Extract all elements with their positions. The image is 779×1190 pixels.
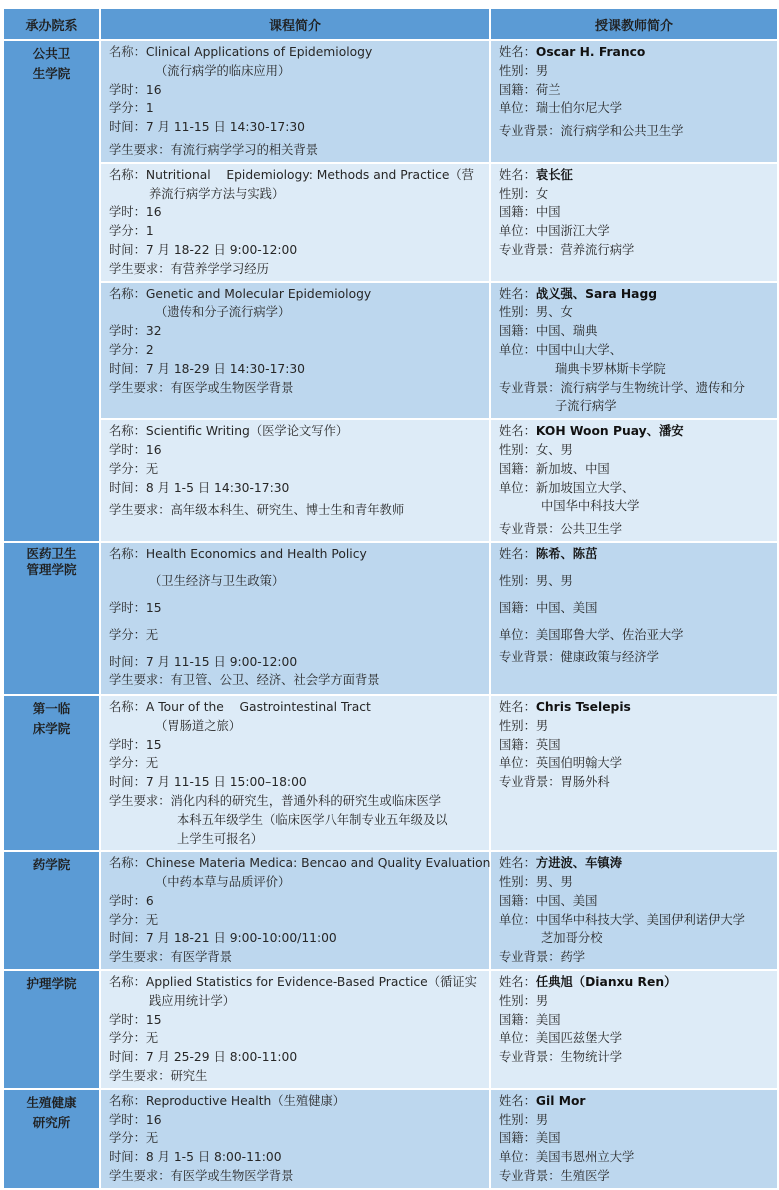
teacher-cell: 姓名：Gil Mor 性别：男 国籍：美国 单位：美国韦恩州立大学 专业背景：生… <box>490 1089 778 1152</box>
course-cell: 名称：Reproductive Health（生殖健康） 学时：16 学分：无 … <box>100 1089 490 1152</box>
label: 学生要求： <box>109 794 171 808</box>
teacher-unit: 英国伯明翰大学 <box>536 756 622 770</box>
course-time: 7 月 18-29 日 14:30-17:30 <box>146 362 305 376</box>
course-requirement: 有营养学学习经历 <box>171 262 269 276</box>
teacher-background: 公共卫生学 <box>561 522 623 536</box>
table-row: 护理学院 名称：Applied Statistics for Evidence-… <box>3 970 778 1089</box>
label: 单位： <box>499 481 536 495</box>
label: 学生要求： <box>109 503 171 517</box>
teacher-cell: 姓名：战义强、Sara Hagg 性别：男、女 国籍：中国、瑞典 单位：中国中山… <box>490 282 778 420</box>
label: 时间： <box>109 931 146 945</box>
course-requirement: 研究生 <box>171 1069 208 1083</box>
course-time: 7 月 18-22 日 9:00-12:00 <box>146 243 297 257</box>
column-header-department: 承办院系 <box>3 8 100 40</box>
course-name: Scientific Writing（医学论文写作） <box>146 424 348 438</box>
course-time: 7 月 18-21 日 9:00-10:00/11:00 <box>146 931 337 945</box>
label: 名称： <box>109 856 146 870</box>
table-row: 生殖健康 研究所 名称：Reproductive Health（生殖健康） 学时… <box>3 1089 778 1152</box>
course-credits: 无 <box>146 756 158 770</box>
label: 国籍： <box>499 1013 536 1027</box>
label: 学分： <box>109 913 146 927</box>
teacher-nationality: 美国 <box>536 1131 561 1145</box>
label: 国籍： <box>499 324 536 338</box>
course-requirement-cont: 本科五年级学生（临床医学八年制专业五年级及以 <box>109 811 481 830</box>
teacher-gender: 男 <box>536 719 548 733</box>
teacher-background: 药学 <box>561 950 586 964</box>
teacher-background: 生物统计学 <box>561 1050 623 1064</box>
teacher-nationality: 英国 <box>536 738 561 752</box>
course-name-cn: （流行病学的临床应用） <box>109 62 481 81</box>
label: 专业背景： <box>499 1050 561 1064</box>
label: 姓名： <box>499 45 536 59</box>
course-cell: 名称：Nutritional Epidemiology: Methods and… <box>100 163 490 282</box>
label: 性别： <box>499 994 536 1008</box>
department-name: 护理学院 <box>4 974 99 994</box>
label: 专业背景： <box>499 775 561 789</box>
department-cell: 药学院 <box>3 851 100 970</box>
label: 学分： <box>109 628 146 642</box>
course-cell: 名称：Health Economics and Health Policy （卫… <box>100 542 490 695</box>
label: 学时： <box>109 1113 146 1127</box>
table-row: 名称：Genetic and Molecular Epidemiology （遗… <box>3 282 778 420</box>
course-credits: 无 <box>146 628 158 642</box>
table-row: 名称：Nutritional Epidemiology: Methods and… <box>3 163 778 282</box>
course-requirement: 有医学背景 <box>171 950 233 964</box>
label: 学时： <box>109 324 146 338</box>
label: 名称： <box>109 168 146 182</box>
course-time: 8 月 1-5 日 14:30-17:30 <box>146 481 289 495</box>
teacher-gender: 女、男 <box>536 443 573 457</box>
teacher-gender: 男、女 <box>536 305 573 319</box>
course-credits: 无 <box>146 913 158 927</box>
teacher-unit: 中国华中科技大学、美国伊利诺伊大学 <box>536 913 745 927</box>
label: 名称： <box>109 424 146 438</box>
course-name: Applied Statistics for Evidence-Based Pr… <box>146 975 477 989</box>
label: 单位： <box>499 628 536 642</box>
course-time: 7 月 11-15 日 14:30-17:30 <box>146 120 305 134</box>
label: 专业背景： <box>499 124 561 138</box>
label: 名称： <box>109 975 146 989</box>
course-cell: 名称：Applied Statistics for Evidence-Based… <box>100 970 490 1089</box>
course-name-cn: （胃肠道之旅） <box>109 717 481 736</box>
course-name: Reproductive Health（生殖健康） <box>146 1094 345 1108</box>
label: 单位： <box>499 1031 536 1045</box>
table-row: 药学院 名称：Chinese Materia Medica: Bencao an… <box>3 851 778 970</box>
course-name-cn: 养流行病学方法与实践） <box>109 185 481 204</box>
teacher-nationality: 新加坡、中国 <box>536 462 610 476</box>
label: 学分： <box>109 462 146 476</box>
course-cell: 名称：Chinese Materia Medica: Bencao and Qu… <box>100 851 490 970</box>
teacher-cell: 姓名：方进波、车镇涛 性别：男、男 国籍：中国、美国 单位：中国华中科技大学、美… <box>490 851 778 970</box>
teacher-cell: 姓名：KOH Woon Puay、潘安 性别：女、男 国籍：新加坡、中国 单位：… <box>490 419 778 542</box>
course-hours: 15 <box>146 601 162 615</box>
course-table: 承办院系 课程简介 授课教师简介 公共卫 生学院 名称：Clinical App… <box>2 7 777 1152</box>
teacher-unit: 美国耶鲁大学、佐治亚大学 <box>536 628 684 642</box>
label: 时间： <box>109 481 146 495</box>
teacher-name: 战义强、Sara Hagg <box>536 287 657 301</box>
department-name: 生学院 <box>4 64 99 84</box>
department-name: 研究所 <box>4 1113 99 1133</box>
course-hours: 15 <box>146 1013 162 1027</box>
department-name: 公共卫 <box>4 44 99 64</box>
label: 单位： <box>499 224 536 238</box>
label: 性别： <box>499 719 536 733</box>
course-credits: 无 <box>146 1131 158 1145</box>
label: 单位： <box>499 101 536 115</box>
course-requirement: 消化内科的研究生，普通外科的研究生或临床医学 <box>171 794 442 808</box>
table-row: 公共卫 生学院 名称：Clinical Applications of Epid… <box>3 40 778 163</box>
department-cell: 公共卫 生学院 <box>3 40 100 542</box>
course-hours: 16 <box>146 443 162 457</box>
teacher-nationality: 中国 <box>536 205 561 219</box>
label: 国籍： <box>499 462 536 476</box>
course-cell: 名称：Clinical Applications of Epidemiology… <box>100 40 490 163</box>
teacher-unit: 瑞士伯尔尼大学 <box>536 101 622 115</box>
label: 单位： <box>499 913 536 927</box>
course-credits: 无 <box>146 1031 158 1045</box>
course-hours: 15 <box>146 738 162 752</box>
course-hours: 16 <box>146 205 162 219</box>
label: 单位： <box>499 756 536 770</box>
course-requirement: 高年级本科生、研究生、博士生和青年教师 <box>171 503 405 517</box>
label: 学分： <box>109 756 146 770</box>
teacher-name: 方进波、车镇涛 <box>536 856 622 870</box>
course-hours: 16 <box>146 83 162 97</box>
label: 学时： <box>109 443 146 457</box>
teacher-cell: 姓名：陈希、陈茁 性别：男、男 国籍：中国、美国 单位：美国耶鲁大学、佐治亚大学… <box>490 542 778 695</box>
label: 性别： <box>499 443 536 457</box>
label: 性别： <box>499 305 536 319</box>
table-row: 第一临 床学院 名称：A Tour of the Gastrointestina… <box>3 695 778 851</box>
label: 时间： <box>109 655 146 669</box>
course-name-cn: 践应用统计学） <box>109 992 481 1011</box>
label: 学分： <box>109 1131 146 1145</box>
label: 国籍： <box>499 894 536 908</box>
course-credits: 1 <box>146 224 154 238</box>
label: 性别： <box>499 1113 536 1127</box>
teacher-gender: 男 <box>536 64 548 78</box>
teacher-background: 胃肠外科 <box>561 775 610 789</box>
department-name: 床学院 <box>4 719 99 739</box>
label: 性别： <box>499 875 536 889</box>
teacher-nationality: 美国 <box>536 1013 561 1027</box>
label: 姓名： <box>499 547 536 561</box>
department-cell: 第一临 床学院 <box>3 695 100 851</box>
course-time: 7 月 11-15 日 15:00–18:00 <box>146 775 307 789</box>
label: 名称： <box>109 45 146 59</box>
table-header-row: 承办院系 课程简介 授课教师简介 <box>3 8 778 40</box>
course-name-cn: （中药本草与品质评价） <box>109 873 481 892</box>
label: 时间： <box>109 362 146 376</box>
teacher-name: 袁长征 <box>536 168 573 182</box>
label: 姓名： <box>499 424 536 438</box>
teacher-background-cont: 子流行病学 <box>499 397 769 416</box>
department-name: 药学院 <box>4 855 99 875</box>
label: 专业背景： <box>499 522 561 536</box>
label: 性别： <box>499 64 536 78</box>
label: 学时： <box>109 83 146 97</box>
label: 国籍： <box>499 205 536 219</box>
teacher-gender: 女 <box>536 187 548 201</box>
label: 专业背景： <box>499 650 561 664</box>
course-time: 7 月 25-29 日 8:00-11:00 <box>146 1050 297 1064</box>
teacher-unit-cont: 瑞典卡罗林斯卡学院 <box>499 360 769 379</box>
course-name: Genetic and Molecular Epidemiology <box>146 287 371 301</box>
course-name: Chinese Materia Medica: Bencao and Quali… <box>146 856 491 870</box>
course-name: A Tour of the Gastrointestinal Tract <box>146 700 371 714</box>
label: 国籍： <box>499 601 536 615</box>
label: 学分： <box>109 224 146 238</box>
label: 学生要求： <box>109 950 171 964</box>
label: 时间： <box>109 1050 146 1064</box>
label: 学生要求： <box>109 381 171 395</box>
course-requirement: 有医学或生物医学背景 <box>171 381 294 395</box>
label: 时间： <box>109 775 146 789</box>
teacher-name: 任典旭（Dianxu Ren） <box>536 975 677 989</box>
teacher-background: 健康政策与经济学 <box>561 650 659 664</box>
label: 学生要求： <box>109 143 171 157</box>
course-credits: 1 <box>146 101 154 115</box>
label: 国籍： <box>499 738 536 752</box>
label: 姓名： <box>499 168 536 182</box>
column-header-course: 课程简介 <box>100 8 490 40</box>
course-name: Clinical Applications of Epidemiology <box>146 45 372 59</box>
teacher-unit-cont: 中国华中科技大学 <box>499 497 769 516</box>
teacher-nationality: 中国、美国 <box>536 894 598 908</box>
label: 学时： <box>109 738 146 752</box>
label: 学时： <box>109 205 146 219</box>
label: 国籍： <box>499 1131 536 1145</box>
label: 姓名： <box>499 975 536 989</box>
label: 学时： <box>109 1013 146 1027</box>
teacher-cell: 姓名：Chris Tselepis 性别：男 国籍：英国 单位：英国伯明翰大学 … <box>490 695 778 851</box>
teacher-gender: 男、男 <box>536 574 573 588</box>
label: 时间： <box>109 120 146 134</box>
teacher-gender: 男 <box>536 1113 548 1127</box>
column-header-teacher: 授课教师简介 <box>490 8 778 40</box>
teacher-unit-cont: 芝加哥分校 <box>499 929 769 948</box>
course-time: 7 月 11-15 日 9:00-12:00 <box>146 655 297 669</box>
label: 单位： <box>499 343 536 357</box>
label: 专业背景： <box>499 381 561 395</box>
course-hours: 32 <box>146 324 162 338</box>
label: 性别： <box>499 574 536 588</box>
department-name: 生殖健康 <box>4 1093 99 1113</box>
teacher-gender: 男、男 <box>536 875 573 889</box>
course-cell: 名称：A Tour of the Gastrointestinal Tract … <box>100 695 490 851</box>
teacher-name: Chris Tselepis <box>536 700 631 714</box>
teacher-background: 流行病学与生物统计学、遗传和分 <box>561 381 745 395</box>
label: 姓名： <box>499 700 536 714</box>
course-requirement: 有卫管、公卫、经济、社会学方面背景 <box>171 673 380 687</box>
course-hours: 16 <box>146 1113 162 1127</box>
label: 学分： <box>109 101 146 115</box>
teacher-unit: 中国中山大学、 <box>536 343 622 357</box>
table-row: 名称：Scientific Writing（医学论文写作） 学时：16 学分：无… <box>3 419 778 542</box>
teacher-name: Oscar H. Franco <box>536 45 645 59</box>
course-cell: 名称：Scientific Writing（医学论文写作） 学时：16 学分：无… <box>100 419 490 542</box>
label: 名称： <box>109 547 146 561</box>
teacher-nationality: 中国、瑞典 <box>536 324 598 338</box>
label: 姓名： <box>499 856 536 870</box>
label: 专业背景： <box>499 243 561 257</box>
label: 学分： <box>109 343 146 357</box>
teacher-background: 营养流行病学 <box>561 243 635 257</box>
label: 性别： <box>499 187 536 201</box>
teacher-nationality: 荷兰 <box>536 83 561 97</box>
label: 学时： <box>109 894 146 908</box>
label: 姓名： <box>499 1094 536 1108</box>
label: 专业背景： <box>499 950 561 964</box>
course-name: Health Economics and Health Policy <box>146 547 367 561</box>
teacher-unit: 中国浙江大学 <box>536 224 610 238</box>
department-cell: 生殖健康 研究所 <box>3 1089 100 1152</box>
course-name: Nutritional Epidemiology: Methods and Pr… <box>146 168 474 182</box>
course-cell: 名称：Genetic and Molecular Epidemiology （遗… <box>100 282 490 420</box>
label: 名称： <box>109 1094 146 1108</box>
teacher-cell: 姓名：任典旭（Dianxu Ren） 性别：男 国籍：美国 单位：美国匹兹堡大学… <box>490 970 778 1089</box>
table-row: 医药卫生 管理学院 名称：Health Economics and Health… <box>3 542 778 695</box>
course-credits: 无 <box>146 462 158 476</box>
course-name-cn: （卫生经济与卫生政策） <box>109 572 481 590</box>
course-hours: 6 <box>146 894 154 908</box>
label: 学时： <box>109 601 146 615</box>
label: 学分： <box>109 1031 146 1045</box>
teacher-gender: 男 <box>536 994 548 1008</box>
teacher-unit: 新加坡国立大学、 <box>536 481 634 495</box>
course-requirement-cont: 上学生可报名） <box>109 830 481 849</box>
teacher-name: KOH Woon Puay、潘安 <box>536 424 684 438</box>
department-name: 医药卫生 <box>4 546 99 562</box>
teacher-background: 流行病学和公共卫生学 <box>561 124 684 138</box>
label: 学生要求： <box>109 1069 171 1083</box>
department-name: 第一临 <box>4 699 99 719</box>
label: 姓名： <box>499 287 536 301</box>
teacher-nationality: 中国、美国 <box>536 601 598 615</box>
teacher-name: Gil Mor <box>536 1094 586 1108</box>
label: 国籍： <box>499 83 536 97</box>
label: 时间： <box>109 243 146 257</box>
teacher-unit: 美国匹兹堡大学 <box>536 1031 622 1045</box>
label: 学生要求： <box>109 673 171 687</box>
teacher-cell: 姓名：袁长征 性别：女 国籍：中国 单位：中国浙江大学 专业背景：营养流行病学 <box>490 163 778 282</box>
department-name: 管理学院 <box>4 562 99 578</box>
label: 名称： <box>109 700 146 714</box>
teacher-name: 陈希、陈茁 <box>536 547 598 561</box>
teacher-cell: 姓名：Oscar H. Franco 性别：男 国籍：荷兰 单位：瑞士伯尔尼大学… <box>490 40 778 163</box>
department-cell: 护理学院 <box>3 970 100 1089</box>
course-name-cn: （遗传和分子流行病学） <box>109 303 481 322</box>
course-requirement: 有流行病学学习的相关背景 <box>171 143 319 157</box>
course-credits: 2 <box>146 343 154 357</box>
department-cell: 医药卫生 管理学院 <box>3 542 100 695</box>
label: 学生要求： <box>109 262 171 276</box>
label: 名称： <box>109 287 146 301</box>
